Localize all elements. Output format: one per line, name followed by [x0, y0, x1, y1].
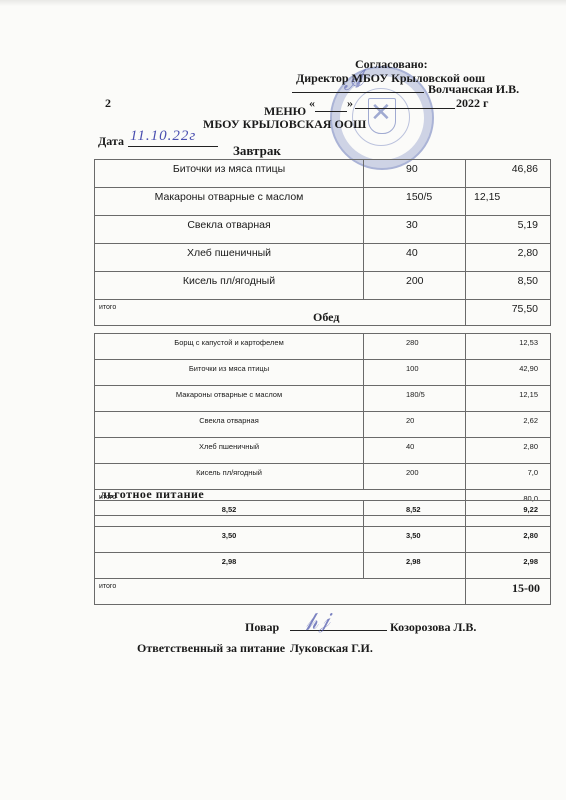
school-title: МБОУ КРЫЛОВСКАЯ ООШ — [203, 117, 366, 132]
dish-price: 2,80 — [466, 244, 551, 272]
table-row: 2,982,982,98 — [95, 553, 551, 579]
dish-qty: 40 — [364, 438, 466, 464]
dish-qty: 150/5 — [364, 188, 466, 216]
benefit-value: 2,98 — [95, 553, 364, 579]
dish-qty: 200 — [364, 464, 466, 490]
dish-name: Хлеб пшеничный — [95, 438, 364, 464]
dish-price: 2,62 — [466, 412, 551, 438]
responsible-name: Луковская Г.И. — [290, 641, 373, 656]
table-row: Свекла отварная202,62 — [95, 412, 551, 438]
table-row: Биточки из мяса птицы10042,90 — [95, 360, 551, 386]
date-line — [128, 146, 218, 147]
dish-name: Биточки из мяса птицы — [95, 160, 364, 188]
dish-qty: 90 — [364, 160, 466, 188]
benefit-qty: 8,52 — [364, 501, 466, 527]
cook-signature-line — [290, 630, 387, 631]
total-value: 15-00 — [466, 579, 551, 605]
dish-price: 12,53 — [466, 334, 551, 360]
dish-name: Макароны отварные с маслом — [95, 386, 364, 412]
approval-year: 2022 г — [456, 96, 488, 111]
benefit-value: 3,50 — [95, 527, 364, 553]
dish-price: 7,0 — [466, 464, 551, 490]
date-label: Дата — [98, 134, 124, 149]
benefit-table: 8,528,529,22 3,503,502,80 2,982,982,98 и… — [94, 500, 551, 605]
breakfast-title: Завтрак — [233, 143, 281, 159]
approval-signature-line — [292, 92, 424, 93]
dish-qty: 280 — [364, 334, 466, 360]
dish-qty: 200 — [364, 272, 466, 300]
table-row: Макароны отварные с маслом150/512,15 — [95, 188, 551, 216]
table-row: Хлеб пшеничный402,80 — [95, 244, 551, 272]
close-quote: » — [347, 96, 353, 110]
dish-name: Борщ с капустой и картофелем — [95, 334, 364, 360]
benefit-value: 8,52 — [95, 501, 364, 527]
approval-title: Согласовано: — [355, 57, 428, 72]
table-row: Хлеб пшеничный402,80 — [95, 438, 551, 464]
dish-qty: 40 — [364, 244, 466, 272]
table-row: 8,528,529,22 — [95, 501, 551, 527]
dish-name: Хлеб пшеничный — [95, 244, 364, 272]
table-row: 3,503,502,80 — [95, 527, 551, 553]
cook-name: Козорозова Л.В. — [390, 620, 476, 635]
scan-edge — [0, 0, 566, 6]
dish-name: Кисель пл/ягодный — [95, 272, 364, 300]
total-label: итого — [95, 300, 466, 326]
total-label: итого — [95, 579, 466, 605]
table-row: Биточки из мяса птицы9046,86 — [95, 160, 551, 188]
page-number: 2 — [105, 96, 111, 111]
dish-qty: 100 — [364, 360, 466, 386]
breakfast-table: Биточки из мяса птицы9046,86 Макароны от… — [94, 159, 551, 326]
date-handwritten: 11.10.22г — [130, 128, 196, 145]
table-row: Кисель пл/ягодный2008,50 — [95, 272, 551, 300]
dish-price: 12,15 — [466, 386, 551, 412]
cook-label: Повар — [245, 620, 279, 635]
table-row: Борщ с капустой и картофелем28012,53 — [95, 334, 551, 360]
dish-name: Макароны отварные с маслом — [95, 188, 364, 216]
dish-price: 12,15 — [466, 188, 551, 216]
benefit-qty: 3,50 — [364, 527, 466, 553]
dish-name: Биточки из мяса птицы — [95, 360, 364, 386]
dish-price: 2,80 — [466, 438, 551, 464]
dish-name: Свекла отварная — [95, 216, 364, 244]
approval-director-name: Волчанская И.В. — [428, 82, 519, 97]
dish-price: 46,86 — [466, 160, 551, 188]
total-value: 75,50 — [466, 300, 551, 326]
dish-qty: 180/5 — [364, 386, 466, 412]
responsible-label: Ответственный за питание — [137, 641, 285, 656]
dish-qty: 20 — [364, 412, 466, 438]
dish-price: 8,50 — [466, 272, 551, 300]
table-row: Кисель пл/ягодный2007,0 — [95, 464, 551, 490]
benefit-qty: 2,98 — [364, 553, 466, 579]
dish-name: Кисель пл/ягодный — [95, 464, 364, 490]
stamp-star-icon: ✕ — [370, 98, 392, 128]
table-row: Свекла отварная305,19 — [95, 216, 551, 244]
approval-month-line — [355, 108, 455, 109]
total-row: итого15-00 — [95, 579, 551, 605]
dish-name: Свекла отварная — [95, 412, 364, 438]
lunch-title: Обед — [313, 310, 339, 325]
approval-date-day: « » — [309, 96, 353, 112]
benefit-price: 2,80 — [466, 527, 551, 553]
cook-signature: 𝒽𝒿 — [303, 606, 332, 636]
day-blank — [315, 96, 347, 112]
benefit-price: 2,98 — [466, 553, 551, 579]
dish-qty: 30 — [364, 216, 466, 244]
dish-price: 42,90 — [466, 360, 551, 386]
benefit-price: 9,22 — [466, 501, 551, 527]
table-row: Макароны отварные с маслом180/512,15 — [95, 386, 551, 412]
dish-price: 5,19 — [466, 216, 551, 244]
